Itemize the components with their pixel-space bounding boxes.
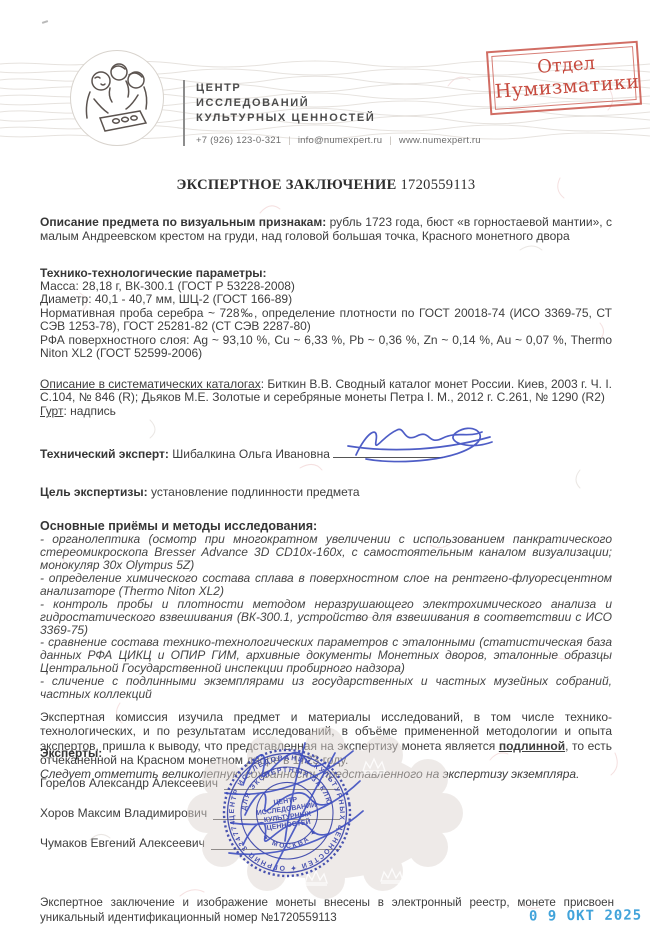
expert-conclusion-document: ЦЕНТР ИССЛЕДОВАНИЙ КУЛЬТУРНЫХ ЦЕННОСТЕЙ … bbox=[0, 0, 650, 936]
title-label: ЭКСПЕРТНОЕ ЗАКЛЮЧЕНИЕ bbox=[177, 177, 397, 193]
experts-block: Эксперты: Горелов Александр Алексеевич Х… bbox=[40, 747, 340, 850]
purpose-text: установление подлинности предмета bbox=[148, 485, 360, 499]
phone: +7 (926) 123-0-321 bbox=[196, 135, 281, 146]
tech-param-line: РФА поверхностного слоя: Ag ~ 93,10 %, C… bbox=[40, 334, 612, 361]
tech-param-line: Диаметр: 40,1 - 40,7 мм, ШЦ-2 (ГОСТ 166-… bbox=[40, 293, 612, 307]
document-title: ЭКСПЕРТНОЕ ЗАКЛЮЧЕНИЕ 1720559113 bbox=[40, 178, 612, 192]
conclusion-emphasis: подлинной bbox=[499, 739, 565, 753]
method-item: - органолептика (осмотр при многократном… bbox=[40, 533, 612, 572]
edge-text: : надпись bbox=[63, 404, 115, 418]
technical-expert-label: Технический эксперт: bbox=[40, 447, 169, 461]
email: info@numexpert.ru bbox=[298, 135, 382, 146]
purpose-paragraph: Цель экспертизы: установление подлинност… bbox=[40, 485, 612, 499]
separator: | bbox=[389, 135, 392, 146]
technical-expert-name: Шибалкина Ольга Ивановна bbox=[169, 447, 333, 461]
separator: | bbox=[288, 135, 291, 146]
numismatics-department-stamp: Отдел Нумизматики bbox=[486, 41, 642, 115]
org-logo bbox=[70, 50, 164, 146]
description-paragraph: Описание предмета по визуальным признака… bbox=[40, 215, 612, 243]
expert-row: Чумаков Евгений Алексеевич bbox=[40, 837, 340, 851]
technical-expert-row: Технический эксперт: Шибалкина Ольга Ива… bbox=[40, 445, 612, 461]
experts-heading: Эксперты: bbox=[40, 747, 340, 760]
scan-corner-mark bbox=[42, 20, 48, 24]
method-item: - сравнение состава технико-технологичес… bbox=[40, 636, 612, 675]
tech-param-line: Масса: 28,18 г, ВК-300.1 (ГОСТ Р 53228-2… bbox=[40, 280, 612, 294]
expert-name: Хоров Максим Владимирович bbox=[40, 806, 207, 820]
numismatists-sketch-icon bbox=[74, 55, 160, 141]
edge-paragraph: Гурт: надпись bbox=[40, 405, 612, 419]
contact-row: +7 (926) 123-0-321|info@numexpert.ru|www… bbox=[196, 135, 481, 146]
org-name-line: КУЛЬТУРНЫХ ЦЕННОСТЕЙ bbox=[196, 111, 375, 126]
stamp-inner-border: Отдел Нумизматики bbox=[491, 46, 636, 110]
description-label: Описание предмета по визуальным признака… bbox=[40, 215, 326, 229]
date-stamp: 0 9 ОКТ 2025 bbox=[529, 908, 642, 925]
purpose-label: Цель экспертизы: bbox=[40, 485, 148, 499]
org-name: ЦЕНТР ИССЛЕДОВАНИЙ КУЛЬТУРНЫХ ЦЕННОСТЕЙ bbox=[196, 81, 375, 126]
expert-name: Чумаков Евгений Алексеевич bbox=[40, 836, 205, 850]
org-name-line: ИССЛЕДОВАНИЙ bbox=[196, 96, 375, 111]
tech-param-line: Нормативная проба серебра ~ 728‰, опреде… bbox=[40, 307, 612, 334]
signature-line bbox=[333, 445, 443, 458]
org-name-line: ЦЕНТР bbox=[196, 81, 375, 96]
title-number: 1720559113 bbox=[401, 177, 476, 193]
expert-row: Хоров Максим Владимирович bbox=[40, 807, 340, 821]
edge-label: Гурт bbox=[40, 404, 63, 418]
registry-note: Экспертное заключение и изображение моне… bbox=[40, 895, 614, 925]
signature-line bbox=[211, 837, 340, 850]
signature-line bbox=[213, 807, 340, 820]
expert-row: Горелов Александр Алексеевич bbox=[40, 777, 340, 791]
method-item: - контроль пробы и плотности методом нер… bbox=[40, 598, 612, 637]
signature-line bbox=[224, 777, 340, 790]
header-divider bbox=[183, 80, 185, 146]
catalogs-paragraph: Описание в систематических каталогах: Би… bbox=[40, 378, 612, 405]
expert-name: Горелов Александр Алексеевич bbox=[40, 776, 218, 790]
method-item: - определение химического состава сплава… bbox=[40, 572, 612, 598]
tech-params-heading: Технико-технологические параметры: bbox=[40, 266, 612, 280]
document-body: ЭКСПЕРТНОЕ ЗАКЛЮЧЕНИЕ 1720559113 Описани… bbox=[40, 170, 612, 781]
catalogs-label: Описание в систематических каталогах bbox=[40, 377, 261, 391]
method-item: - сличение с подлинными экземплярами из … bbox=[40, 675, 612, 701]
tech-params-list: Масса: 28,18 г, ВК-300.1 (ГОСТ Р 53228-2… bbox=[40, 280, 612, 361]
website: www.numexpert.ru bbox=[399, 135, 481, 146]
technical-expert-signature bbox=[338, 415, 518, 467]
methods-heading: Основные приёмы и методы исследования: bbox=[40, 519, 612, 533]
